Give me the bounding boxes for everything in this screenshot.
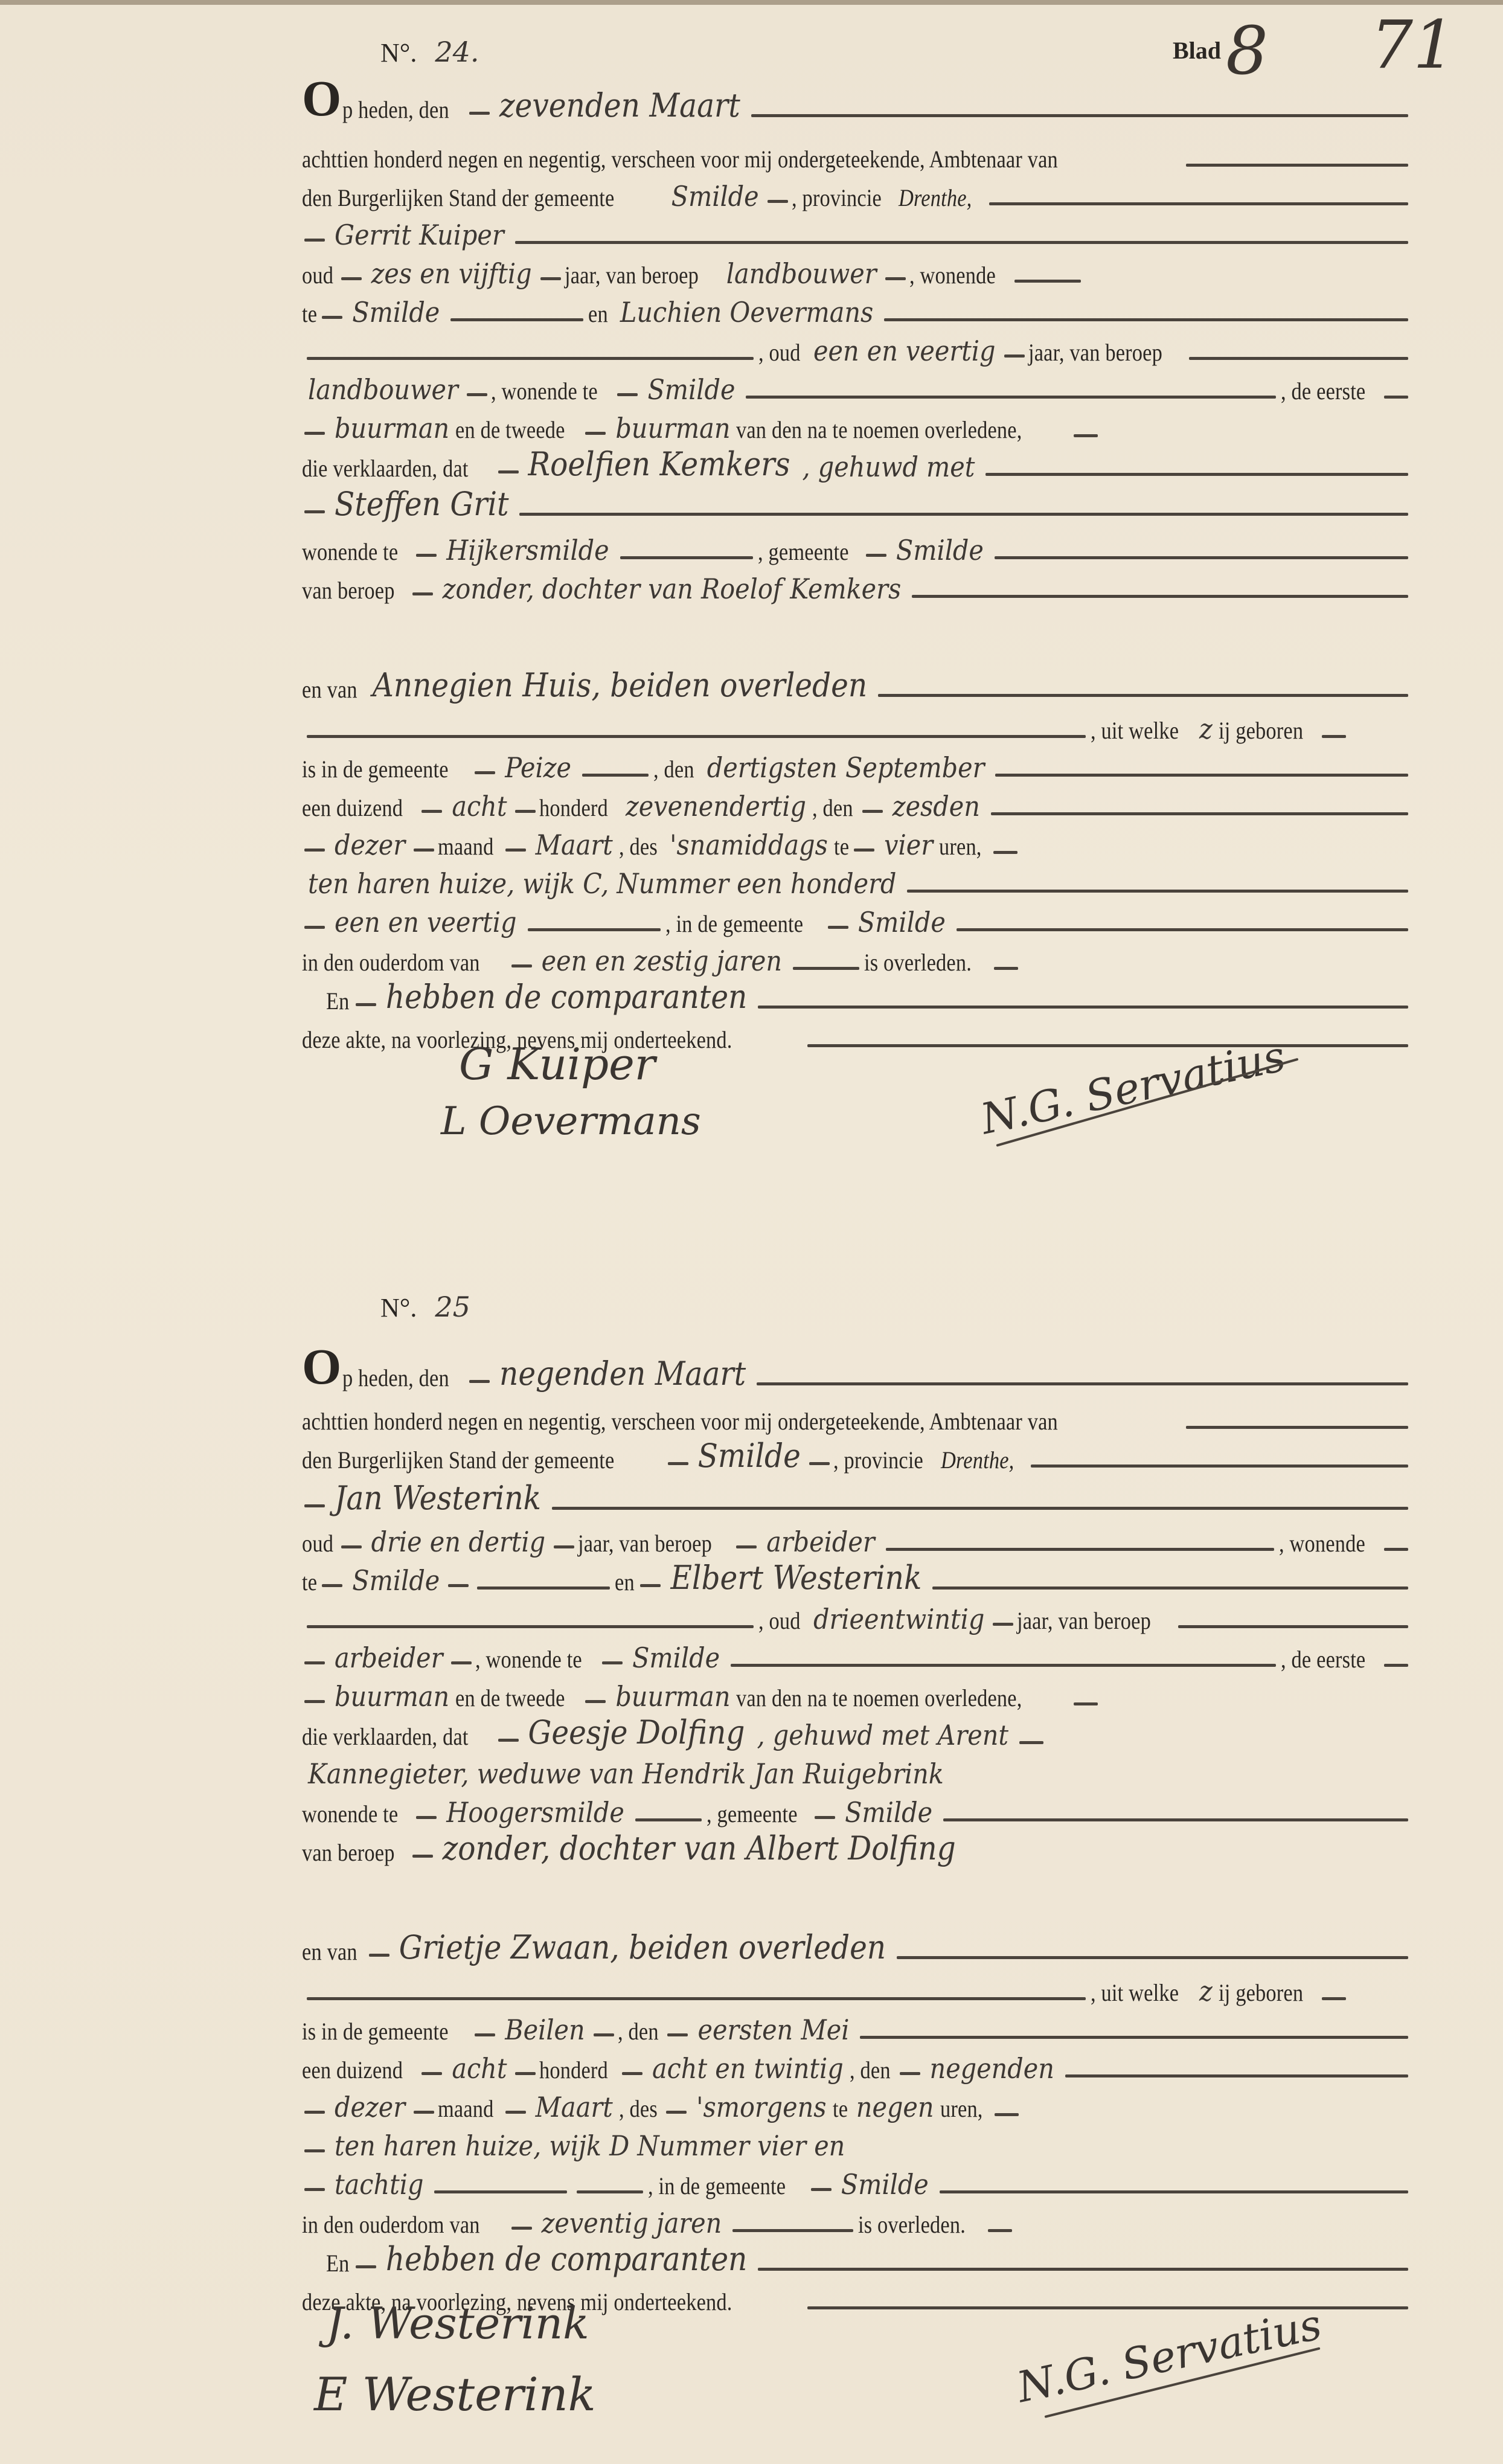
comparant1-residence: Smilde	[346, 1567, 446, 1594]
death-month-prefix: dezer	[328, 831, 411, 859]
deceased-occupation-parents: zonder, dochter van Albert Dolfing	[437, 1832, 962, 1865]
label-en-van: en van	[302, 678, 357, 702]
record-date: negenden Maart	[493, 1358, 752, 1390]
label-heden-den: p heden, den	[342, 98, 449, 122]
gemeente-line: den Burgerlijken Stand der gemeente Smil…	[302, 173, 1413, 210]
death-place-line-1: ten haren huize, wijk C, Nummer een hond…	[302, 860, 1413, 897]
label-den: , den	[653, 757, 694, 781]
page-top-edge	[0, 0, 1503, 5]
geboren-pronoun: z	[1193, 1977, 1219, 2005]
birth-gemeente: Peize	[499, 754, 577, 781]
label-is-overleden: is overleden.	[864, 951, 972, 975]
death-time-line: dezer maand Maart , des 'snamiddags te v…	[302, 821, 1413, 859]
label-een-duizend: een duizend	[302, 796, 403, 820]
gemeente-value: Smilde	[692, 1440, 807, 1472]
relation-line: buurman en de tweede buurman van den na …	[302, 405, 1413, 442]
label-wonende-te: , wonende te	[491, 379, 598, 403]
deceased-residence-line: wonende te Hoogersmilde , gemeente Smild…	[302, 1789, 1413, 1826]
death-age: een en zestig jaren	[536, 947, 788, 975]
number-value: 24.	[429, 38, 485, 66]
label-maand: maand	[438, 2097, 494, 2121]
comparant2-name: Luchien Oevermans	[614, 298, 879, 326]
mother-line: en van Grietje Zwaan, beiden overleden	[302, 1927, 1413, 1964]
deceased-spouse-prefix: , gehuwd met	[796, 453, 981, 481]
label-provincie: , provincie	[792, 186, 882, 210]
closing-handwritten: hebben de comparanten	[380, 2243, 754, 2276]
label-gemeente: , gemeente	[707, 1802, 798, 1826]
comparant2-age: drieentwintig	[807, 1605, 990, 1633]
label-uit-welke: , uit welke	[1091, 1981, 1179, 2005]
label-en-van: en van	[302, 1940, 357, 1964]
label-te: te	[834, 835, 849, 859]
comparant1-age-line: oud zes en vijftig jaar, van beroep land…	[302, 250, 1413, 287]
blad-value-1: 8	[1226, 12, 1268, 89]
deceased-spouse-prefix: , gehuwd met Arent	[751, 1721, 1014, 1749]
date-line: O p heden, den negenden Maart	[302, 1353, 1413, 1390]
deceased-residence-line: wonende te Hijkersmilde , gemeente Smild…	[302, 527, 1413, 564]
age-line: in den ouderdom van zeventig jaren is ov…	[302, 2199, 1413, 2237]
label-provincie: , provincie	[833, 1448, 923, 1472]
death-place-continued: een en veertig	[328, 908, 523, 936]
label-ij-geboren: ij geboren	[1219, 1981, 1303, 2005]
death-month-prefix: dezer	[328, 2093, 411, 2121]
label-een-duizend: een duizend	[302, 2058, 403, 2082]
scanned-register-page: Blad 8 71 N°.24. O p heden, den zevenden…	[0, 0, 1503, 2464]
birth-gemeente: Beilen	[499, 2016, 591, 2044]
death-daypart: 'snamiddags	[664, 831, 834, 859]
death-place-line-2: een en veertig , in de gemeente Smilde	[302, 899, 1413, 936]
gemeente-value: Smilde	[665, 182, 765, 210]
label-en-de-tweede: en de tweede	[455, 418, 565, 442]
label-die-verklaarden: die verklaarden, dat	[302, 1725, 469, 1749]
comparant1-name-line: Gerrit Kuiper	[302, 211, 1413, 249]
comparant1-name: Jan Westerink	[328, 1482, 547, 1515]
relation-first: buurman	[328, 414, 455, 442]
spouse-line: Steffen Grit	[302, 483, 1413, 521]
label-oud: oud	[302, 1532, 333, 1556]
signature-comparant-2: L Oevermans	[441, 1099, 701, 1144]
death-daypart: 'smorgens	[690, 2093, 832, 2121]
label-uren: uren,	[940, 2097, 983, 2121]
comparant1-age: zes en vijftig	[365, 260, 538, 287]
comparant2-occupation-line: arbeider , wonende te Smilde , de eerste	[302, 1634, 1413, 1672]
label-jaar-beroep: jaar, van beroep	[565, 263, 699, 287]
mother-line: en van Annegien Huis, beiden overleden	[302, 664, 1413, 702]
comparant1-name: Gerrit Kuiper	[328, 221, 510, 249]
label-oud: oud	[302, 263, 333, 287]
year-text: achttien honderd negen en negentig, vers…	[302, 147, 1058, 172]
comparant2-age-line: , oud drieentwintig jaar, van beroep	[302, 1596, 1413, 1633]
number-value: 25	[429, 1293, 476, 1321]
label-is-overleden: is overleden.	[858, 2213, 966, 2237]
label-te: te	[302, 1570, 317, 1594]
label-den: , den	[850, 2058, 891, 2082]
label-oud: , oud	[758, 341, 801, 365]
birth-century: acht	[446, 2055, 513, 2082]
label-en-de-tweede: en de tweede	[455, 1686, 565, 1710]
initial-capital: O	[302, 1344, 341, 1390]
deceased-line: die verklaarden, dat Roelfien Kemkers , …	[302, 443, 1413, 481]
birth-place-line: is in de gemeente Beilen , den eersten M…	[302, 2006, 1413, 2044]
label-te: te	[833, 2097, 848, 2121]
birth-date: dertigsten September	[701, 754, 991, 781]
label-burgerlijke-stand: den Burgerlijken Stand der gemeente	[302, 1448, 614, 1472]
label-jaar-beroep: jaar, van beroep	[1028, 341, 1162, 365]
label-burgerlijke-stand: den Burgerlijken Stand der gemeente	[302, 186, 614, 210]
death-place: ten haren huize, wijk D Nummer vier en	[328, 2132, 851, 2160]
signature-comparant-1: G Kuiper	[459, 1039, 655, 1089]
deceased-gemeente: Smilde	[890, 536, 990, 564]
death-hour: vier	[878, 831, 939, 859]
comparant2-name: Elbert Westerink	[664, 1562, 928, 1594]
label-des: , des	[619, 2097, 658, 2121]
label-die-verklaarden: die verklaarden, dat	[302, 457, 469, 481]
geboren-line: , uit welke z ij geboren	[302, 705, 1413, 743]
label-wonende-te: , wonende te	[475, 1647, 582, 1672]
label-wonende-te: wonende te	[302, 540, 398, 564]
deceased-line: die verklaarden, dat Geesje Dolfing , ge…	[302, 1712, 1413, 1749]
date-line: O p heden, den zevenden Maart	[302, 85, 1413, 122]
label-ouderdom: in den ouderdom van	[302, 2213, 480, 2237]
label-en: En	[326, 2251, 350, 2276]
death-place-line-1: ten haren huize, wijk D Nummer vier en	[302, 2122, 1413, 2160]
comparant1-age: drie en dertig	[365, 1528, 552, 1556]
label-ouderdom: in den ouderdom van	[302, 951, 480, 975]
death-age: zeventig jaren	[536, 2209, 728, 2237]
death-place-line-2: tachtig , in de gemeente Smilde	[302, 2161, 1413, 2198]
label-van-beroep: van beroep	[302, 1841, 395, 1865]
entry-number: N°.24.	[380, 37, 486, 68]
label-den: , den	[812, 796, 853, 820]
label-wonende: , wonende	[909, 263, 996, 287]
provincie-value: Drenthe,	[899, 186, 972, 210]
initial-capital: O	[302, 76, 341, 122]
relation-line: buurman en de tweede buurman van den na …	[302, 1673, 1413, 1710]
deceased-residence: Hoogersmilde	[440, 1798, 630, 1826]
death-day: zesden	[886, 792, 986, 820]
closing-line: En hebben de comparanten	[302, 2238, 1413, 2276]
label-ij-geboren: ij geboren	[1219, 719, 1303, 743]
comparant2-age-line: , oud een en veertig jaar, van beroep	[302, 327, 1413, 365]
label-uit-welke: , uit welke	[1091, 719, 1179, 743]
deceased-occupation-parents: zonder, dochter van Roelof Kemkers	[437, 575, 908, 603]
deceased-spouse: Steffen Grit	[328, 488, 514, 521]
comparant2-residence: Smilde	[626, 1644, 726, 1672]
comparant1-occupation: arbeider	[760, 1528, 880, 1556]
deceased-residence: Hijkersmilde	[440, 536, 615, 564]
label-in-de-gemeente: , in de gemeente	[665, 912, 803, 936]
birth-century: acht	[446, 792, 513, 820]
label-gemeente: , gemeente	[758, 540, 849, 564]
closing-line: En hebben de comparanten	[302, 976, 1413, 1013]
record-date: zevenden Maart	[493, 89, 746, 122]
label-wonende: , wonende	[1279, 1532, 1365, 1556]
blad-value-2: 71	[1371, 6, 1455, 83]
mother-name: Annegien Huis, beiden overleden	[367, 669, 873, 702]
signature-comparant-1: J. Westerink	[326, 2298, 589, 2349]
mother-name: Grietje Zwaan, beiden overleden	[393, 1931, 892, 1964]
geboren-pronoun: z	[1193, 715, 1219, 743]
comparant1-residence: Smilde	[346, 298, 446, 326]
label-oud: , oud	[758, 1609, 801, 1633]
entry-number: N°.25	[380, 1292, 476, 1323]
deceased-gemeente: Smilde	[839, 1798, 938, 1826]
birth-date: eersten Mei	[691, 2016, 855, 2044]
comparant2-occupation: landbouwer	[302, 376, 464, 403]
comparant2-occupation-line: landbouwer , wonende te Smilde , de eers…	[302, 366, 1413, 403]
birth-year-line: een duizend acht honderd acht en twintig…	[302, 2045, 1413, 2082]
birth-year-line: een duizend acht honderd zevenendertig ,…	[302, 783, 1413, 820]
deceased-occupation-line: van beroep zonder, dochter van Roelof Ke…	[302, 565, 1413, 603]
death-month: Maart	[530, 2093, 619, 2121]
comparant2-age: een en veertig	[807, 337, 1002, 365]
number-label: N°.	[380, 1293, 417, 1323]
comparant1-occupation: landbouwer	[720, 260, 883, 287]
deceased-name: Roelfien Kemkers	[522, 448, 796, 481]
relation-first: buurman	[328, 1683, 455, 1710]
comparant1-name-line: Jan Westerink	[302, 1477, 1413, 1515]
label-en: En	[326, 989, 350, 1013]
label-van-den-na: van den na te noemen overledene,	[736, 418, 1022, 442]
comparant1-residence-line: te Smilde en Luchien Oevermans	[302, 289, 1413, 326]
comparant2-residence: Smilde	[641, 376, 741, 403]
label-des: , des	[619, 835, 658, 859]
label-heden-den: p heden, den	[342, 1366, 449, 1390]
label-honderd: honderd	[539, 2058, 608, 2082]
death-time-line: dezer maand Maart , des 'smorgens te neg…	[302, 2084, 1413, 2121]
provincie-value: Drenthe,	[941, 1448, 1014, 1472]
birth-year: zevenendertig	[620, 792, 812, 820]
death-day: negenden	[924, 2055, 1060, 2082]
death-gemeente: Smilde	[852, 908, 952, 936]
relation-second: buurman	[609, 1683, 736, 1710]
label-en: en	[615, 1570, 635, 1594]
signature-official: N.G. Servatius	[1013, 2300, 1325, 2413]
label-van-den-na: van den na te noemen overledene,	[736, 1686, 1022, 1710]
deceased-spouse: Kannegieter, weduwe van Hendrik Jan Ruig…	[302, 1760, 950, 1788]
signature-comparant-2: E Westerink	[314, 2367, 596, 2421]
label-honderd: honderd	[539, 796, 608, 820]
death-gemeente: Smilde	[835, 2170, 935, 2198]
death-place: ten haren huize, wijk C, Nummer een hond…	[302, 870, 902, 897]
label-de-eerste: , de eerste	[1281, 379, 1365, 403]
year-line: achttien honderd negen en negentig, vers…	[302, 1396, 1413, 1434]
geboren-line: , uit welke z ij geboren	[302, 1968, 1413, 2005]
year-text: achttien honderd negen en negentig, vers…	[302, 1410, 1058, 1434]
label-wonende-te: wonende te	[302, 1802, 398, 1826]
relation-second: buurman	[609, 414, 736, 442]
death-hour: negen	[850, 2093, 940, 2121]
deceased-name: Geesje Dolfing	[522, 1716, 751, 1749]
label-jaar-beroep: jaar, van beroep	[578, 1532, 712, 1556]
age-line: in den ouderdom van een en zestig jaren …	[302, 937, 1413, 975]
death-month: Maart	[530, 831, 619, 859]
label-de-eerste: , de eerste	[1281, 1647, 1365, 1672]
comparant1-residence-line: te Smilde en Elbert Westerink	[302, 1557, 1413, 1594]
comparant1-age-line: oud drie en dertig jaar, van beroep arbe…	[302, 1518, 1413, 1556]
closing-handwritten: hebben de comparanten	[380, 981, 754, 1013]
death-place-continued: tachtig	[328, 2170, 429, 2198]
birth-place-line: is in de gemeente Peize , den dertigsten…	[302, 744, 1413, 781]
year-line: achttien honderd negen en negentig, vers…	[302, 134, 1413, 172]
label-is-in-de-gemeente: is in de gemeente	[302, 2020, 449, 2044]
label-en: en	[588, 302, 608, 326]
birth-year: acht en twintig	[646, 2055, 850, 2082]
label-in-de-gemeente: , in de gemeente	[648, 2174, 786, 2198]
label-jaar-beroep: jaar, van beroep	[1017, 1609, 1151, 1633]
blad-label: Blad	[1173, 36, 1221, 65]
label-den: , den	[618, 2020, 659, 2044]
number-label: N°.	[380, 38, 417, 68]
spouse-line: Kannegieter, weduwe van Hendrik Jan Ruig…	[302, 1750, 1413, 1788]
label-uren: uren,	[939, 835, 982, 859]
gemeente-line: den Burgerlijken Stand der gemeente Smil…	[302, 1435, 1413, 1472]
label-van-beroep: van beroep	[302, 579, 395, 603]
deceased-occupation-line: van beroep zonder, dochter van Albert Do…	[302, 1827, 1413, 1865]
label-is-in-de-gemeente: is in de gemeente	[302, 757, 449, 781]
comparant2-occupation: arbeider	[328, 1644, 449, 1672]
label-maand: maand	[438, 835, 494, 859]
label-te: te	[302, 302, 317, 326]
